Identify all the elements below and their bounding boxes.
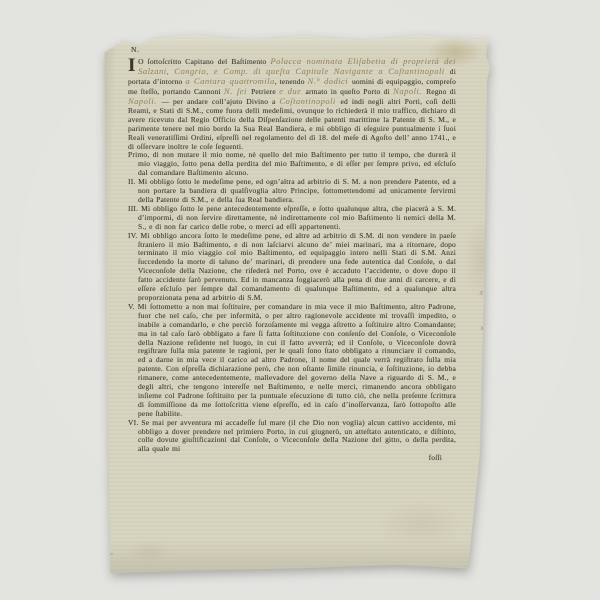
printed-text: Petriere bbox=[251, 87, 279, 96]
article-text: di non mutare il mio nome, nè quello del… bbox=[138, 150, 456, 177]
handwritten-entry: Napoli. bbox=[393, 86, 426, 96]
article-primo: Primo, di non mutare il mio nome, nè que… bbox=[128, 151, 456, 178]
opening-paragraph: IO ſottoſcritto Capitano del Baſtimento … bbox=[128, 57, 456, 151]
article-marker: III. bbox=[128, 204, 138, 213]
printed-text: O ſottoſcritto Capitano del Baſtimento bbox=[138, 57, 270, 66]
opening-text: O ſottoſcritto Capitano del Baſtimento P… bbox=[128, 57, 456, 150]
handwritten-entry: N. ſei bbox=[224, 86, 251, 96]
article-text: Mi obbligo ancora ſotto le medeſime pene… bbox=[137, 231, 456, 302]
handwritten-entry: N.° dodici bbox=[308, 76, 352, 86]
document-page: N. IO ſottoſcritto Capitano del Baſtimen… bbox=[103, 33, 490, 573]
catchword: foſſi bbox=[128, 454, 456, 463]
printed-text: — per andare coll’ajuto Divino a bbox=[161, 97, 279, 106]
handwritten-entry: Coſtantinopoli bbox=[279, 96, 340, 106]
article-marker: V. bbox=[128, 302, 135, 311]
printed-text: ed indi negli altri Porti, coſì delli Re… bbox=[128, 97, 456, 151]
handwritten-entry: e due bbox=[279, 86, 305, 96]
printed-text: , tenendo bbox=[275, 77, 308, 86]
article-marker: Primo, bbox=[128, 150, 149, 159]
article-vi: VI. Se mai per avventura mi accadeſſe ſu… bbox=[128, 419, 456, 455]
article-v: V. Mi ſottometto a non mai ſoſtituire, p… bbox=[128, 303, 456, 419]
margin-x-mark: x bbox=[479, 289, 483, 297]
article-text: Mi ſottometto a non mai ſoſtituire, per … bbox=[135, 302, 456, 418]
page-number: N. bbox=[131, 46, 456, 55]
handwritten-entry: a Cantara quattromila bbox=[185, 76, 274, 86]
drop-cap-initial: I bbox=[128, 57, 138, 74]
page-content: N. IO ſottoſcritto Capitano del Baſtimen… bbox=[128, 46, 456, 463]
paper-sheet: N. IO ſottoſcritto Capitano del Baſtimen… bbox=[103, 33, 490, 573]
article-text: Mi obbligo ſotto le medeſime pene, ed og… bbox=[135, 177, 456, 204]
article-iv: IV. Mi obbligo ancora ſotto le medeſime … bbox=[128, 232, 456, 303]
photo-background: N. IO ſottoſcritto Capitano del Baſtimen… bbox=[0, 0, 600, 600]
handwritten-entry: Napoli. bbox=[128, 96, 161, 106]
article-text: Mi obbligo ſotto le pene antecedentement… bbox=[138, 204, 456, 231]
printed-text: Regno di bbox=[426, 87, 456, 96]
article-text: Se mai per avventura mi accadeſſe ſul ma… bbox=[138, 418, 456, 454]
article-marker: VI. bbox=[128, 418, 138, 427]
article-iii: III. Mi obbligo ſotto le pene antecedent… bbox=[128, 205, 456, 232]
corner-mark: = bbox=[110, 552, 113, 558]
article-ii: II. Mi obbligo ſotto le medeſime pene, e… bbox=[128, 178, 456, 205]
margin-x-mark: x bbox=[480, 324, 484, 332]
articles-list: Primo, di non mutare il mio nome, nè que… bbox=[128, 151, 456, 454]
printed-text: armato in queſto Porto di bbox=[306, 87, 394, 96]
